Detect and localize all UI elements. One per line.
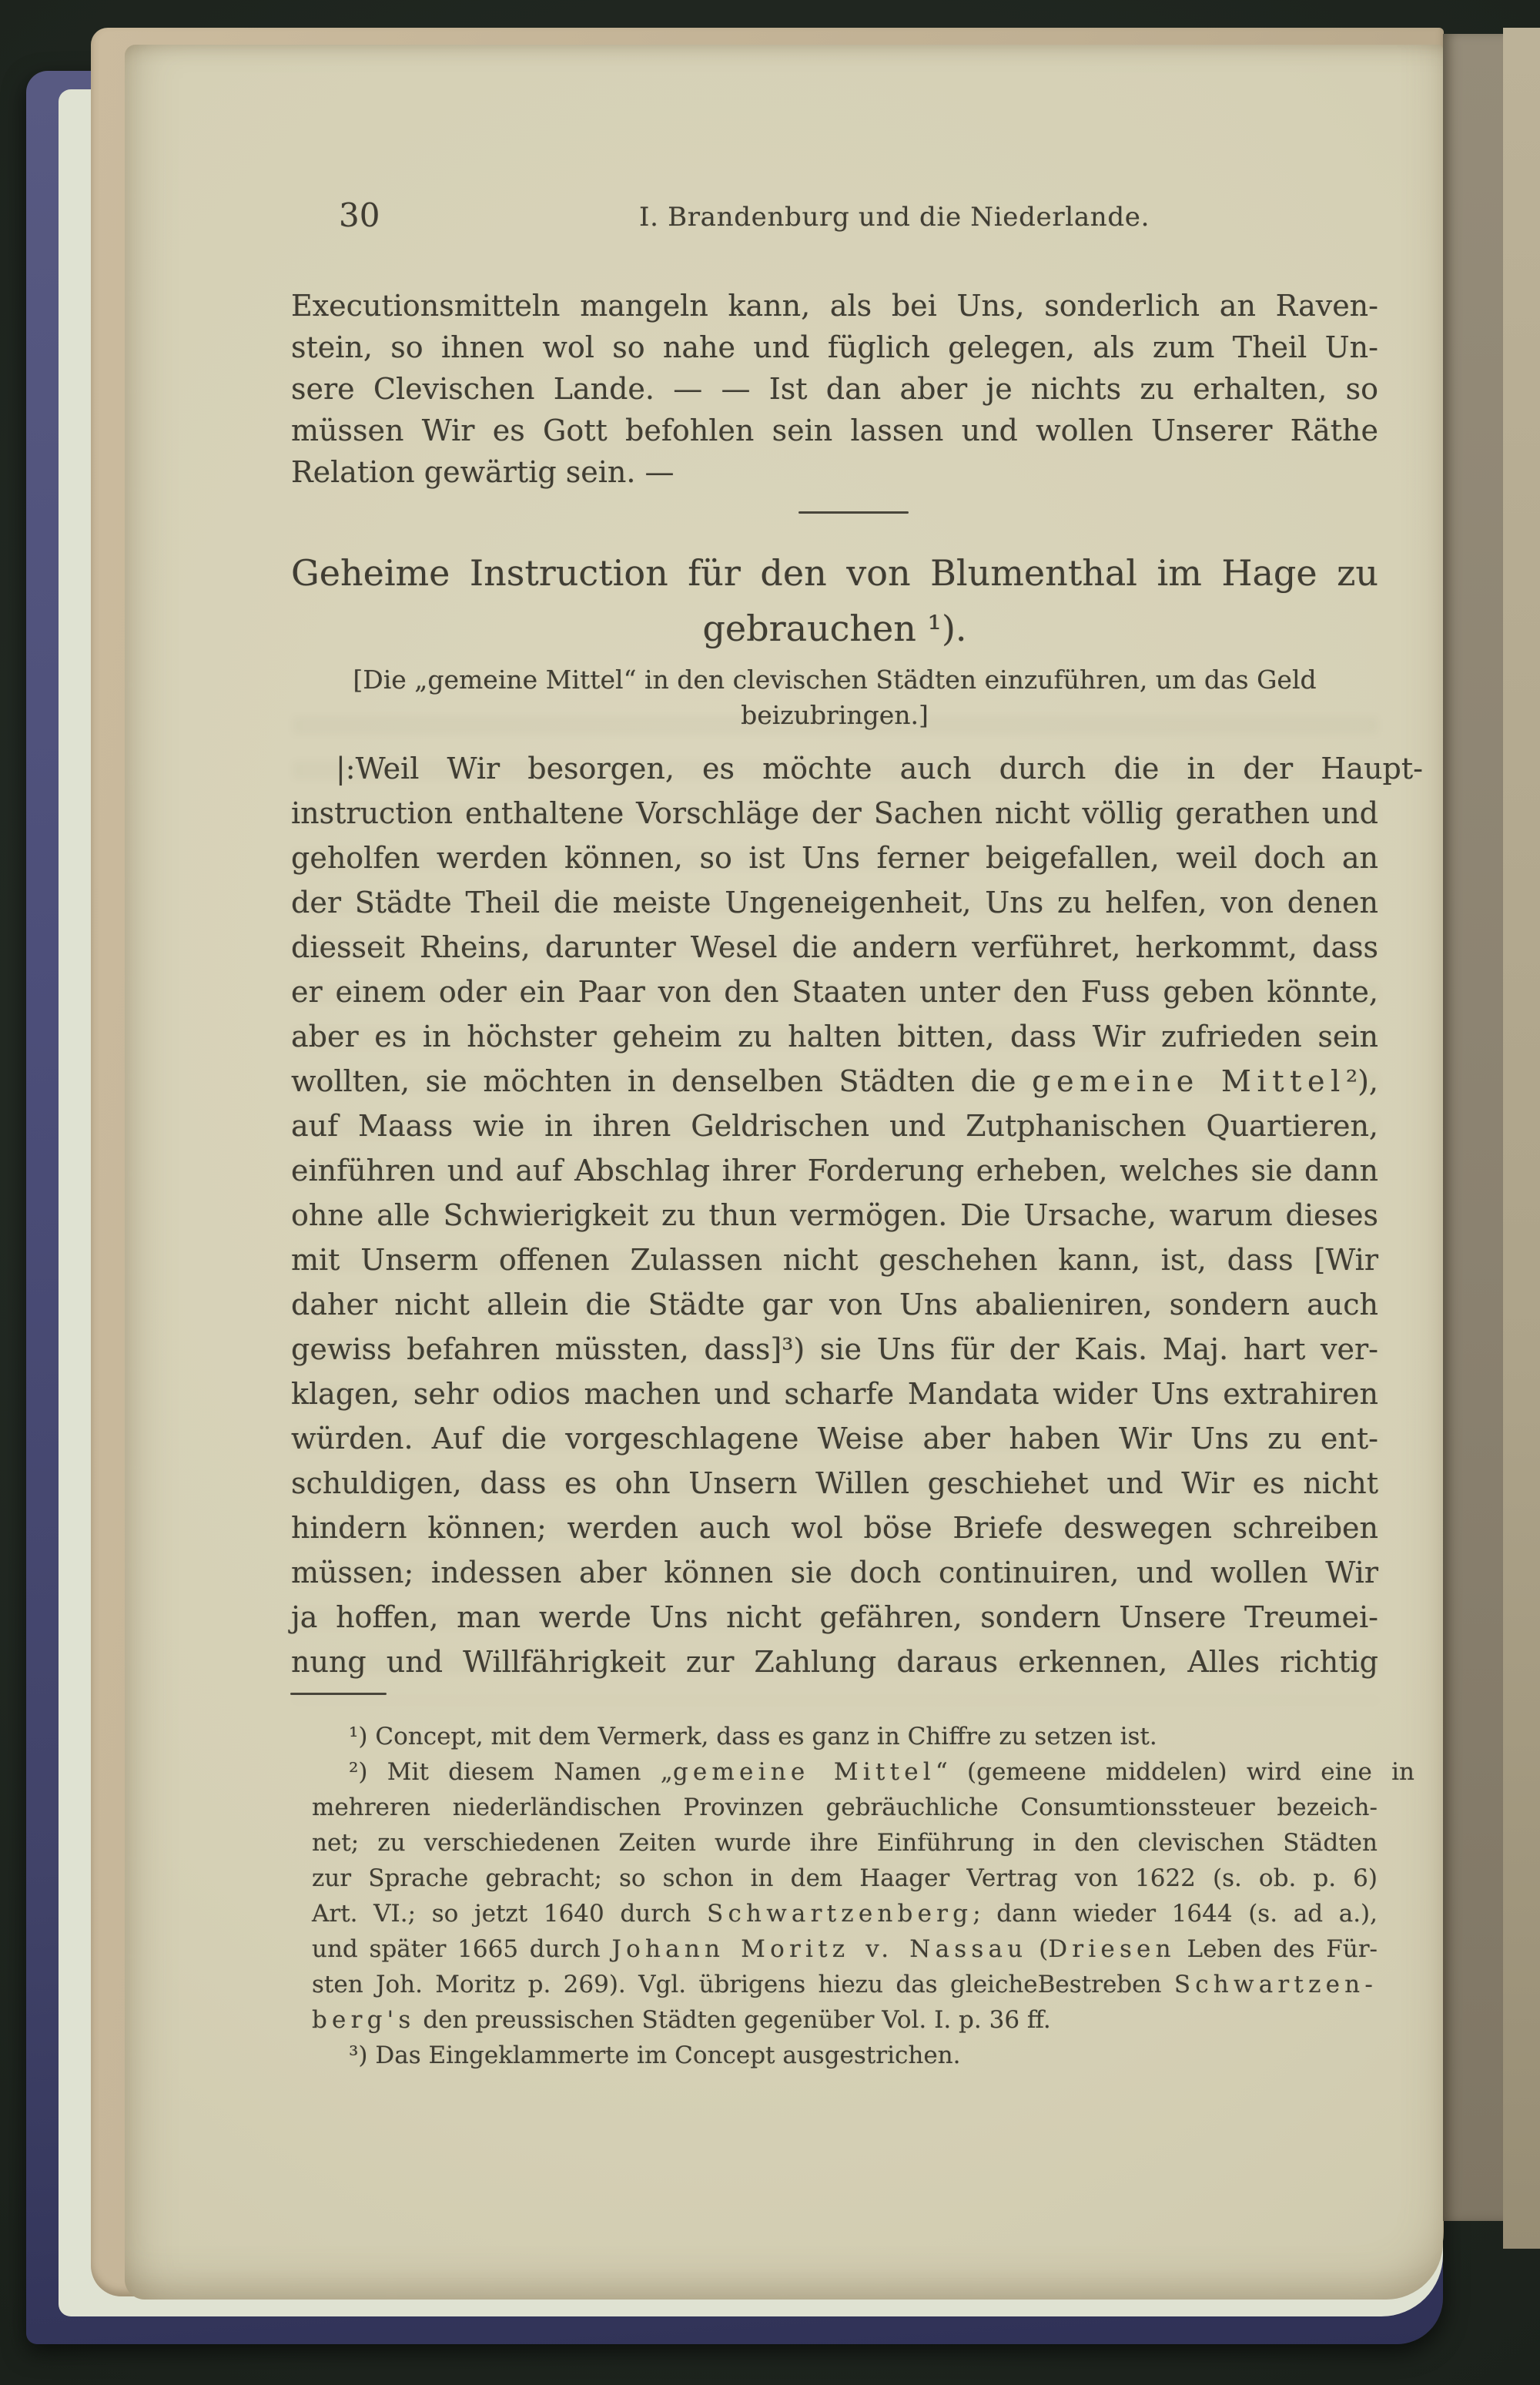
text-line: instruction enthaltene Vorschläge der Sa… — [291, 791, 1378, 836]
footnotes: ¹) Concept, mit dem Vermerk, dass es gan… — [312, 1719, 1378, 2073]
running-header: I. Brandenburg und die Niederlande. — [639, 202, 1150, 233]
text-segment: |:Weil Wir besorgen, es möchte auch durc… — [336, 752, 1423, 786]
text-line: net; zu verschiedenen Zeiten wurde ihre … — [312, 1825, 1378, 1861]
text-segment: diesseit Rheins, darunter Wesel die ande… — [291, 930, 1378, 964]
text-line: beizubringen.] — [291, 698, 1378, 733]
text-segment: “ (gemeene middelen) wird eine in — [936, 1758, 1414, 1786]
book-photo: 30 I. Brandenburg und die Niederlande. E… — [0, 0, 1540, 2385]
text-line: zur Sprache gebracht; so schon in dem Ha… — [312, 1861, 1378, 1896]
text-line: klagen, sehr odios machen und scharfe Ma… — [291, 1372, 1378, 1416]
text-segment: klagen, sehr odios machen und scharfe Ma… — [291, 1377, 1378, 1411]
text-segment: geholfen werden können, so ist Uns ferne… — [291, 841, 1378, 875]
text-segment: ²) Mit diesem Namen „ — [349, 1758, 673, 1786]
text-line: mit Unserm offenen Zulassen nicht gesche… — [291, 1238, 1378, 1282]
text-segment: daher nicht allein die Städte gar von Un… — [291, 1288, 1378, 1321]
text-line: [Die „gemeine Mittel“ in den clevischen … — [291, 662, 1378, 698]
text-line: er einem oder ein Paar von den Staaten u… — [291, 970, 1378, 1014]
text-segment: zur Sprache gebracht; so schon in dem Ha… — [312, 1864, 1378, 1892]
text-segment: gebrauchen ¹). — [702, 608, 966, 649]
text-segment: ( — [1027, 1935, 1048, 1963]
text-segment: Leben des Für- — [1176, 1935, 1378, 1963]
text-segment: ohne alle Schwierigkeit zu thun vermögen… — [291, 1198, 1378, 1232]
text-segment: Relation gewärtig sein. — — [291, 455, 675, 489]
text-line: stein, so ihnen wol so nahe und füglich … — [291, 327, 1378, 368]
letterspaced-text: berg's — [312, 2006, 415, 2034]
right-cover-edge — [1503, 28, 1540, 2249]
text-segment: einführen und auf Abschlag ihrer Forderu… — [291, 1154, 1378, 1187]
text-segment: müssen Wir es Gott befohlen sein lassen … — [291, 414, 1378, 447]
text-line: der Städte Theil die meiste Ungeneigenhe… — [291, 880, 1378, 925]
text-line: aber es in höchster geheim zu halten bit… — [291, 1014, 1378, 1059]
letterspaced-text: Johann Moritz v. Nassau — [612, 1935, 1028, 1963]
text-segment: hindern können; werden auch wol böse Bri… — [291, 1511, 1378, 1545]
text-line: gewiss befahren müssten, dass]³) sie Uns… — [291, 1327, 1378, 1372]
text-segment: würden. Auf die vorgeschlagene Weise abe… — [291, 1422, 1378, 1455]
text-line: schuldigen, dass es ohn Unsern Willen ge… — [291, 1461, 1378, 1506]
text-line: mehreren niederländischen Provinzen gebr… — [312, 1790, 1378, 1825]
right-page-block-edge — [1443, 34, 1503, 2221]
text-line: ¹) Concept, mit dem Vermerk, dass es gan… — [312, 1719, 1414, 1754]
text-segment: gewiss befahren müssten, dass]³) sie Uns… — [291, 1332, 1378, 1366]
text-segment: aber es in höchster geheim zu halten bit… — [291, 1020, 1378, 1053]
text-segment: stein, so ihnen wol so nahe und füglich … — [291, 330, 1378, 364]
section-heading: Geheime Instruction für den von Blumenth… — [291, 545, 1378, 656]
text-line: ja hoffen, man werde Uns nicht gefähren,… — [291, 1595, 1378, 1640]
text-line: hindern können; werden auch wol böse Bri… — [291, 1506, 1378, 1550]
text-segment: müssen; indessen aber können sie doch co… — [291, 1556, 1378, 1589]
text-segment: den preussischen Städten gegenüber Vol. … — [415, 2006, 1050, 2034]
text-line: müssen; indessen aber können sie doch co… — [291, 1550, 1378, 1595]
body-paragraph: |:Weil Wir besorgen, es möchte auch durc… — [291, 746, 1378, 1684]
page-number: 30 — [339, 196, 380, 234]
text-line: berg's den preussischen Städten gegenübe… — [312, 2002, 1378, 2038]
text-segment: Art. VI.; so jetzt 1640 durch — [312, 1900, 707, 1928]
text-segment: ³) Das Eingeklammerte im Concept ausgest… — [349, 2042, 960, 2069]
text-line: und später 1665 durch Johann Moritz v. N… — [312, 1931, 1378, 1967]
text-segment: Geheime Instruction für den von Blumenth… — [291, 552, 1378, 594]
text-line: müssen Wir es Gott befohlen sein lassen … — [291, 410, 1378, 451]
text-line: auf Maass wie in ihren Geldrischen und Z… — [291, 1104, 1378, 1148]
section-divider — [798, 511, 909, 514]
text-segment: mit Unserm offenen Zulassen nicht gesche… — [291, 1243, 1378, 1277]
text-segment: net; zu verschiedenen Zeiten wurde ihre … — [312, 1829, 1378, 1857]
text-segment: ; dann wieder 1644 (s. ad a.), — [973, 1900, 1378, 1928]
text-segment: wollten, sie möchten in denselben Städte… — [291, 1064, 1032, 1098]
text-segment: Executionsmitteln mangeln kann, als bei … — [291, 289, 1378, 323]
text-segment: auf Maass wie in ihren Geldrischen und Z… — [291, 1109, 1378, 1143]
text-line: |:Weil Wir besorgen, es möchte auch durc… — [291, 746, 1423, 791]
text-segment: sten Joh. Moritz p. 269). Vgl. übrigens … — [312, 1971, 1174, 1998]
text-line: daher nicht allein die Städte gar von Un… — [291, 1282, 1378, 1327]
editorial-note: [Die „gemeine Mittel“ in den clevischen … — [291, 662, 1378, 733]
text-line: einführen und auf Abschlag ihrer Forderu… — [291, 1148, 1378, 1193]
footnote-divider — [290, 1693, 387, 1695]
text-segment: ja hoffen, man werde Uns nicht gefähren,… — [291, 1600, 1378, 1634]
text-segment: ¹) Concept, mit dem Vermerk, dass es gan… — [349, 1723, 1157, 1750]
letterspaced-text: Driesen — [1048, 1935, 1176, 1963]
text-segment: nung und Willfährigkeit zur Zahlung dara… — [291, 1645, 1378, 1679]
text-line: ³) Das Eingeklammerte im Concept ausgest… — [312, 2038, 1414, 2073]
text-segment: sere Clevischen Lande. — — Ist dan aber … — [291, 372, 1378, 406]
text-line: ²) Mit diesem Namen „gemeine Mittel“ (ge… — [312, 1754, 1414, 1790]
text-segment: beizubringen.] — [741, 700, 929, 730]
text-segment: [Die „gemeine Mittel“ in den clevischen … — [353, 665, 1316, 695]
text-line: Executionsmitteln mangeln kann, als bei … — [291, 285, 1378, 327]
text-segment: ²), — [1346, 1064, 1378, 1098]
text-line: Art. VI.; so jetzt 1640 durch Schwartzen… — [312, 1896, 1378, 1931]
text-line: Geheime Instruction für den von Blumenth… — [291, 545, 1378, 601]
text-line: nung und Willfährigkeit zur Zahlung dara… — [291, 1640, 1378, 1684]
text-segment: er einem oder ein Paar von den Staaten u… — [291, 975, 1378, 1009]
text-line: diesseit Rheins, darunter Wesel die ande… — [291, 925, 1378, 970]
letterspaced-text: gemeine Mittel — [673, 1758, 936, 1786]
text-line: ohne alle Schwierigkeit zu thun vermögen… — [291, 1193, 1378, 1238]
text-line: sten Joh. Moritz p. 269). Vgl. übrigens … — [312, 1967, 1378, 2002]
text-line: Relation gewärtig sein. — — [291, 451, 1378, 493]
intro-paragraph: Executionsmitteln mangeln kann, als bei … — [291, 285, 1378, 493]
text-line: gebrauchen ¹). — [291, 601, 1378, 656]
text-segment: und später 1665 durch — [312, 1935, 612, 1963]
text-line: sere Clevischen Lande. — — Ist dan aber … — [291, 368, 1378, 410]
text-line: würden. Auf die vorgeschlagene Weise abe… — [291, 1416, 1378, 1461]
text-line: geholfen werden können, so ist Uns ferne… — [291, 836, 1378, 880]
text-segment: der Städte Theil die meiste Ungeneigenhe… — [291, 886, 1378, 919]
text-segment: schuldigen, dass es ohn Unsern Willen ge… — [291, 1466, 1378, 1500]
letterspaced-text: gemeine Mittel — [1032, 1064, 1346, 1098]
text-line: wollten, sie möchten in denselben Städte… — [291, 1059, 1378, 1104]
letterspaced-text: Schwartzen- — [1174, 1971, 1378, 1998]
page-content: 30 I. Brandenburg und die Niederlande. E… — [125, 45, 1443, 2300]
text-segment: mehreren niederländischen Provinzen gebr… — [312, 1794, 1378, 1821]
letterspaced-text: Schwartzenberg — [707, 1900, 973, 1928]
text-segment: instruction enthaltene Vorschläge der Sa… — [291, 796, 1378, 830]
